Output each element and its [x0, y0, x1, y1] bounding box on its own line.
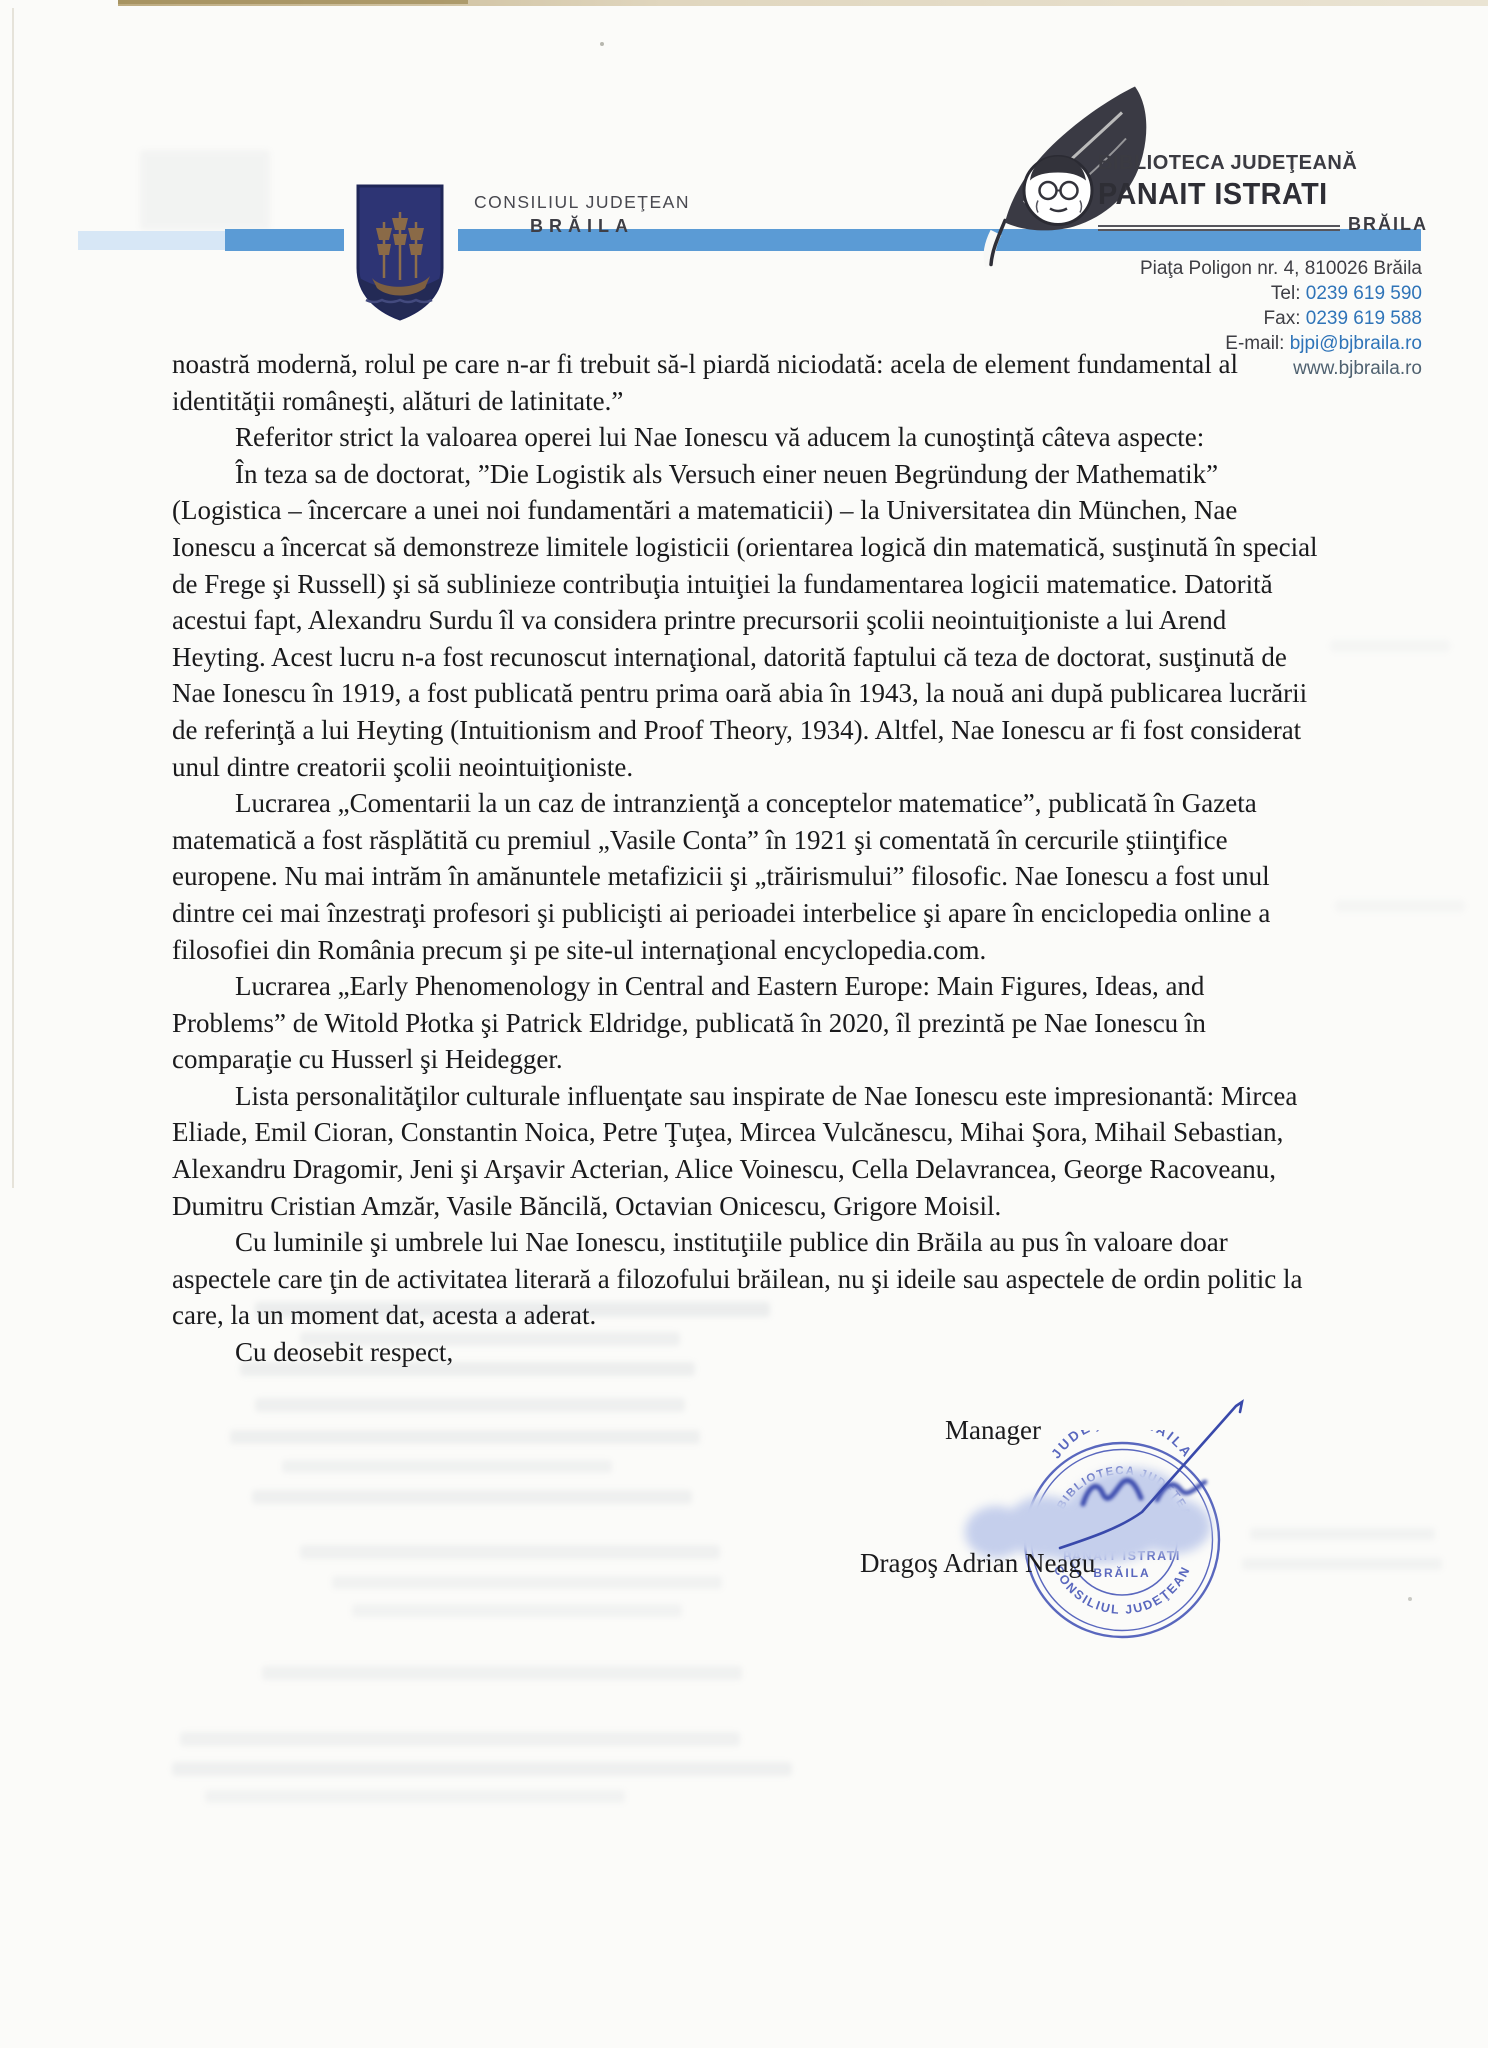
bleed-through-mark — [252, 1490, 692, 1504]
bleed-through-mark — [352, 1604, 682, 1617]
bleed-through-mark — [205, 1790, 625, 1803]
bleed-through-mark — [1250, 1528, 1435, 1540]
bleed-through-mark — [1335, 900, 1465, 912]
scan-crease-left — [12, 8, 14, 1188]
signature-pen-stroke — [1030, 1390, 1270, 1570]
library-city: BRĂILA — [1348, 214, 1428, 235]
bleed-through-mark — [1330, 640, 1450, 652]
scan-edge-top-dark — [118, 0, 468, 4]
library-institution: BIBLIOTECA JUDEŢEANĂ — [1098, 152, 1428, 175]
scan-speck — [600, 42, 604, 46]
paragraph: Cu luminile şi umbrele lui Nae Ionescu, … — [172, 1224, 1322, 1334]
council-city: BRĂILA — [452, 216, 712, 237]
paragraph: Lucrarea „Comentarii la un caz de intran… — [172, 785, 1322, 968]
bleed-through-mark — [300, 1545, 720, 1559]
bleed-through-mark — [1242, 1558, 1442, 1570]
paragraph: Lucrarea „Early Phenomenology in Central… — [172, 968, 1322, 1078]
fax-number: 0239 619 588 — [1306, 308, 1422, 329]
bleed-through-mark — [262, 1666, 742, 1680]
closing-salutation: Cu deosebit respect, — [172, 1334, 1322, 1371]
paragraph: Lista personalităţilor culturale influen… — [172, 1078, 1322, 1224]
library-logo-text: BIBLIOTECA JUDEŢEANĂ PANAIT ISTRATI BRĂI… — [1098, 152, 1428, 235]
bleed-through-mark — [282, 1460, 612, 1473]
tel-number: 0239 619 590 — [1306, 283, 1422, 304]
email-label: E-mail: — [1225, 333, 1284, 354]
website-url: www.bjbraila.ro — [1140, 356, 1422, 381]
council-name: CONSILIUL JUDEŢEAN — [452, 192, 712, 213]
braila-coat-of-arms-icon — [352, 182, 448, 322]
paragraph: În teza sa de doctorat, ”Die Logistik al… — [172, 456, 1322, 785]
signer-name: Dragoş Adrian Neagu — [860, 1548, 1095, 1579]
bleed-through-mark — [255, 1398, 685, 1412]
bleed-through-mark — [140, 150, 270, 230]
logo-rule — [1098, 225, 1340, 231]
scan-speck — [1408, 1597, 1412, 1601]
bleed-through-mark — [172, 1762, 792, 1776]
scanned-letter-page: CONSILIUL JUDEŢEAN BRĂILA BIBLIOTECA JUD… — [0, 0, 1488, 2048]
council-header: CONSILIUL JUDEŢEAN BRĂILA — [452, 192, 712, 237]
paragraph: Referitor strict la valoarea operei lui … — [172, 419, 1322, 456]
fax-label: Fax: — [1264, 308, 1301, 329]
bleed-through-mark — [180, 1732, 740, 1746]
library-name: PANAIT ISTRATI — [1098, 176, 1405, 212]
bleed-through-mark — [332, 1576, 722, 1589]
contact-block: Piaţa Poligon nr. 4, 810026 Brăila Tel: … — [1140, 256, 1422, 381]
letter-body: noastră modernă, rolul pe care n-ar fi t… — [172, 346, 1322, 1371]
bleed-through-mark — [230, 1430, 700, 1444]
email-address: bjpi@bjbraila.ro — [1290, 333, 1422, 354]
tel-label: Tel: — [1271, 283, 1301, 304]
contact-address: Piaţa Poligon nr. 4, 810026 Brăila — [1140, 256, 1422, 281]
